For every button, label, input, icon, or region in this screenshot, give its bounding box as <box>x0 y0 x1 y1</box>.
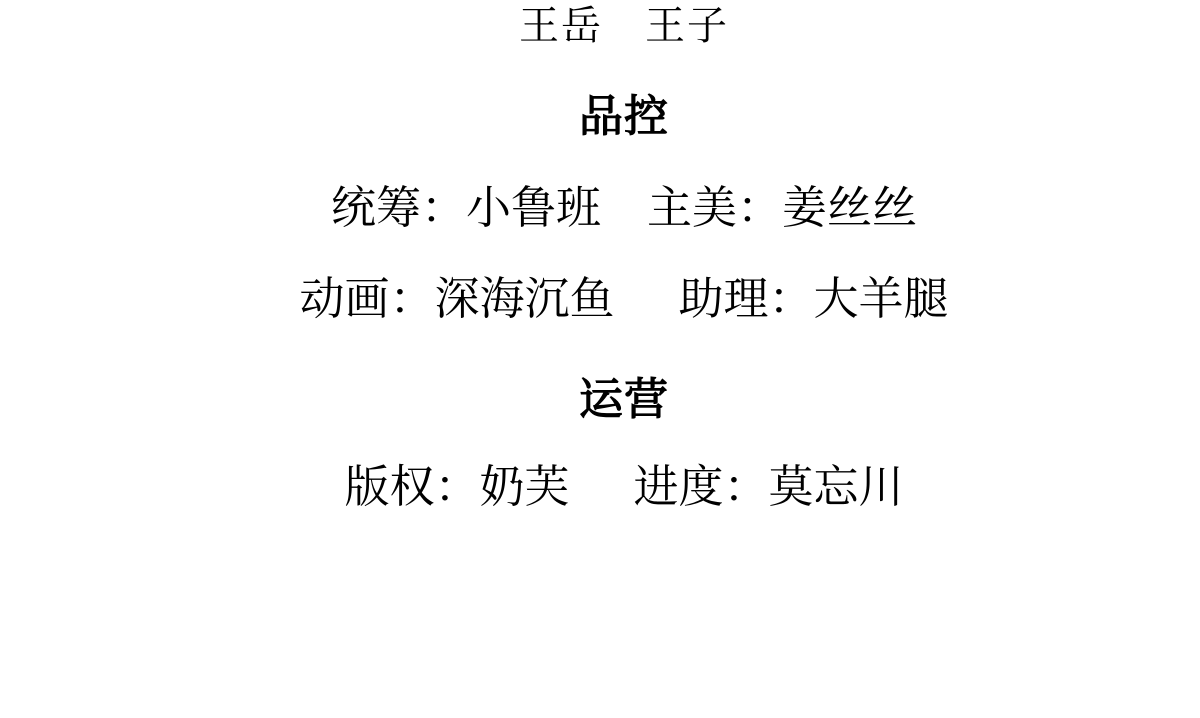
section-heading-quality-control: 品控 <box>579 94 669 140</box>
credit-row: 版权：奶芙 进度：莫忘川 <box>344 463 903 510</box>
credit-entry-progress: 进度：莫忘川 <box>634 463 904 510</box>
credit-entry-coordinator: 统筹：小鲁班 <box>331 184 601 231</box>
credit-entry-copyright: 版权：奶芙 <box>344 463 569 510</box>
credit-row: 动画：深海沉鱼 助理：大羊腿 <box>299 275 948 322</box>
credits-page: 王岳 王子 品控 统筹：小鲁班 主美：姜丝丝 动画：深海沉鱼 助理：大羊腿 运营… <box>0 0 1200 718</box>
credit-names-line: 王岳 王子 <box>519 4 729 48</box>
credit-entry-assistant: 助理：大羊腿 <box>679 275 949 322</box>
credit-entry-lead-artist: 主美：姜丝丝 <box>647 184 917 231</box>
credit-entry-animation: 动画：深海沉鱼 <box>299 275 614 322</box>
section-heading-operations: 运营 <box>579 377 669 423</box>
credit-row: 统筹：小鲁班 主美：姜丝丝 <box>331 184 917 231</box>
